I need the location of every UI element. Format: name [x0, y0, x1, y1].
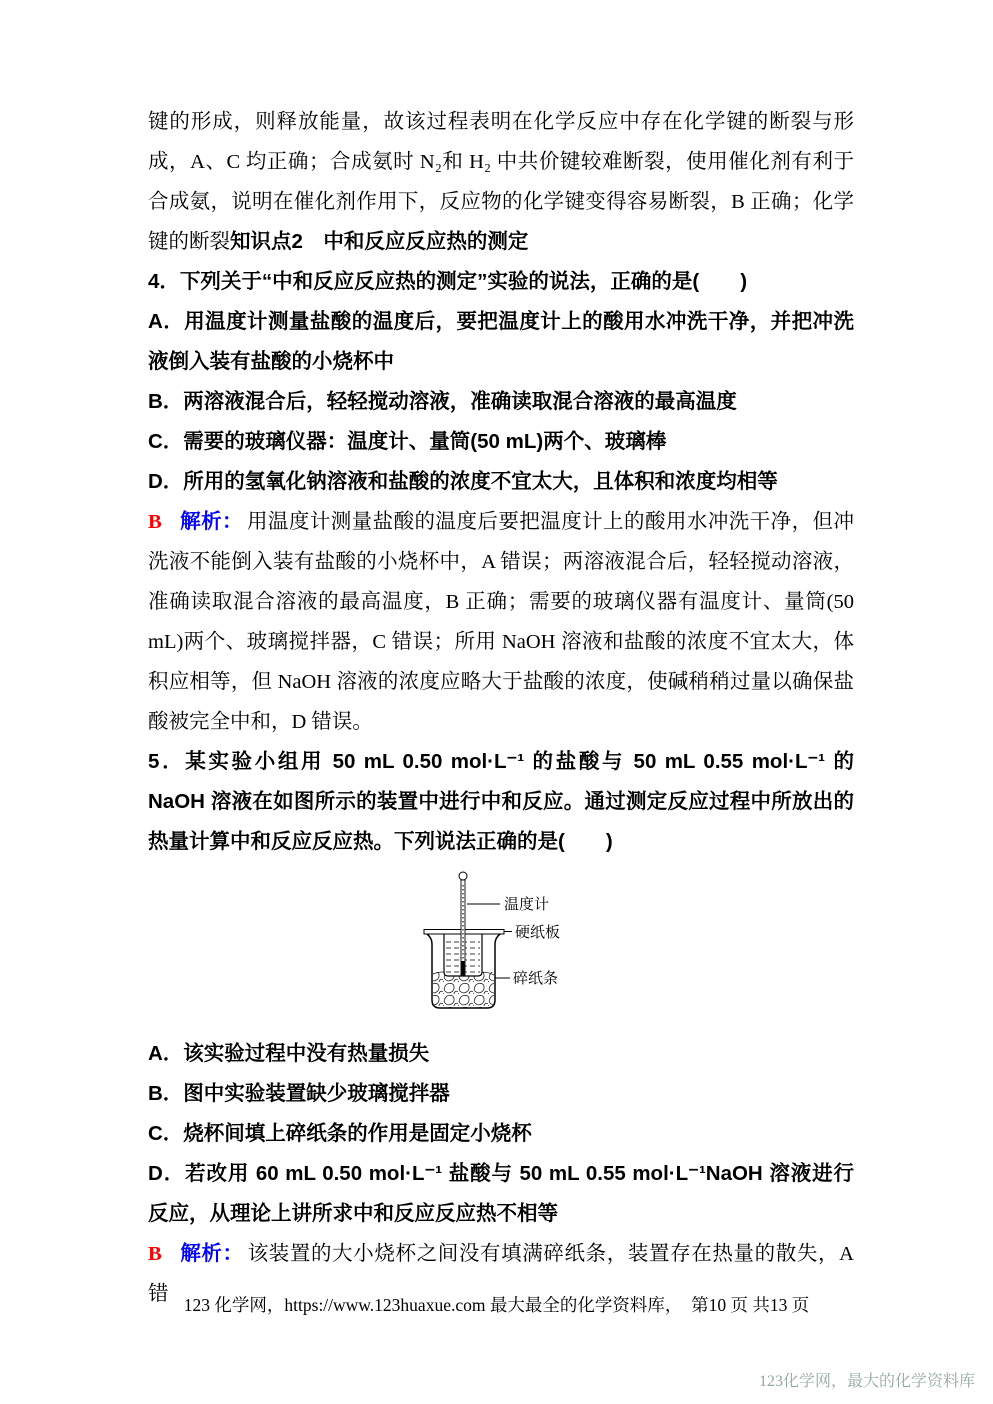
q5-option-b: B．图中实验装置缺少玻璃搅拌器: [148, 1074, 854, 1114]
page-footer: 123 化学网，https://www.123huaxue.com 最大最全的化…: [0, 1292, 993, 1317]
page-content: 键的形成，则释放能量，故该过程表明在化学反应中存在化学键的断裂与形成，A、C 均…: [148, 102, 854, 1314]
q4-option-d: D．所用的氢氧化钠溶液和盐酸的浓度不宜太大，且体积和浓度均相等: [148, 462, 854, 502]
q5-option-d: D．若改用 60 mL 0.50 mol·L⁻¹ 盐酸与 50 mL 0.55 …: [148, 1154, 854, 1234]
q4-answer-letter: B: [148, 511, 162, 533]
calorimeter-diagram: 温度计 硬纸板 碎纸条: [413, 862, 663, 1030]
q4-option-b: B．两溶液混合后，轻轻搅动溶液，准确读取混合溶液的最高温度: [148, 382, 854, 422]
q5-option-a: A．该实验过程中没有热量损失: [148, 1034, 854, 1074]
q5-stem: 5．某实验小组用 50 mL 0.50 mol·L⁻¹ 的盐酸与 50 mL 0…: [148, 742, 854, 862]
section-heading: 知识点2 中和反应反应热的测定: [230, 230, 528, 253]
q4-answer-line: B解析：用温度计测量盐酸的温度后要把温度计上的酸用水冲洗干净，但冲洗液不能倒入装…: [148, 502, 854, 742]
document-page: 键的形成，则释放能量，故该过程表明在化学反应中存在化学键的断裂与形成，A、C 均…: [0, 0, 993, 1404]
paper-scraps-label: 碎纸条: [513, 970, 558, 987]
q5-analysis-label: 解析：: [180, 1243, 244, 1265]
q4-option-a: A．用温度计测量盐酸的温度后，要把温度计上的酸用水冲洗干净，并把冲洗液倒入装有盐…: [148, 302, 854, 382]
q4-stem: 4．下列关于“中和反应反应热的测定”实验的说法，正确的是( ): [148, 262, 854, 302]
q4-analysis-text: 用温度计测量盐酸的温度后要把温度计上的酸用水冲洗干净，但冲洗液不能倒入装有盐酸的…: [148, 511, 854, 733]
q4-option-c: C．需要的玻璃仪器：温度计、量筒(50 mL)两个、玻璃棒: [148, 422, 854, 462]
q5-option-c: C．烧杯间填上碎纸条的作用是固定小烧杯: [148, 1114, 854, 1154]
intro-paragraph: 键的形成，则释放能量，故该过程表明在化学反应中存在化学键的断裂与形成，A、C 均…: [148, 102, 854, 262]
watermark: 123化学网，最大的化学资料库: [759, 1368, 975, 1391]
q4-analysis-label: 解析：: [180, 511, 243, 533]
calorimeter-figure: 温度计 硬纸板 碎纸条: [148, 862, 854, 1034]
q5-answer-letter: B: [148, 1243, 162, 1265]
paper-scraps-fill: [433, 972, 494, 1008]
thermometer-label: 温度计: [504, 895, 549, 913]
cardboard-label: 硬纸板: [515, 923, 560, 941]
